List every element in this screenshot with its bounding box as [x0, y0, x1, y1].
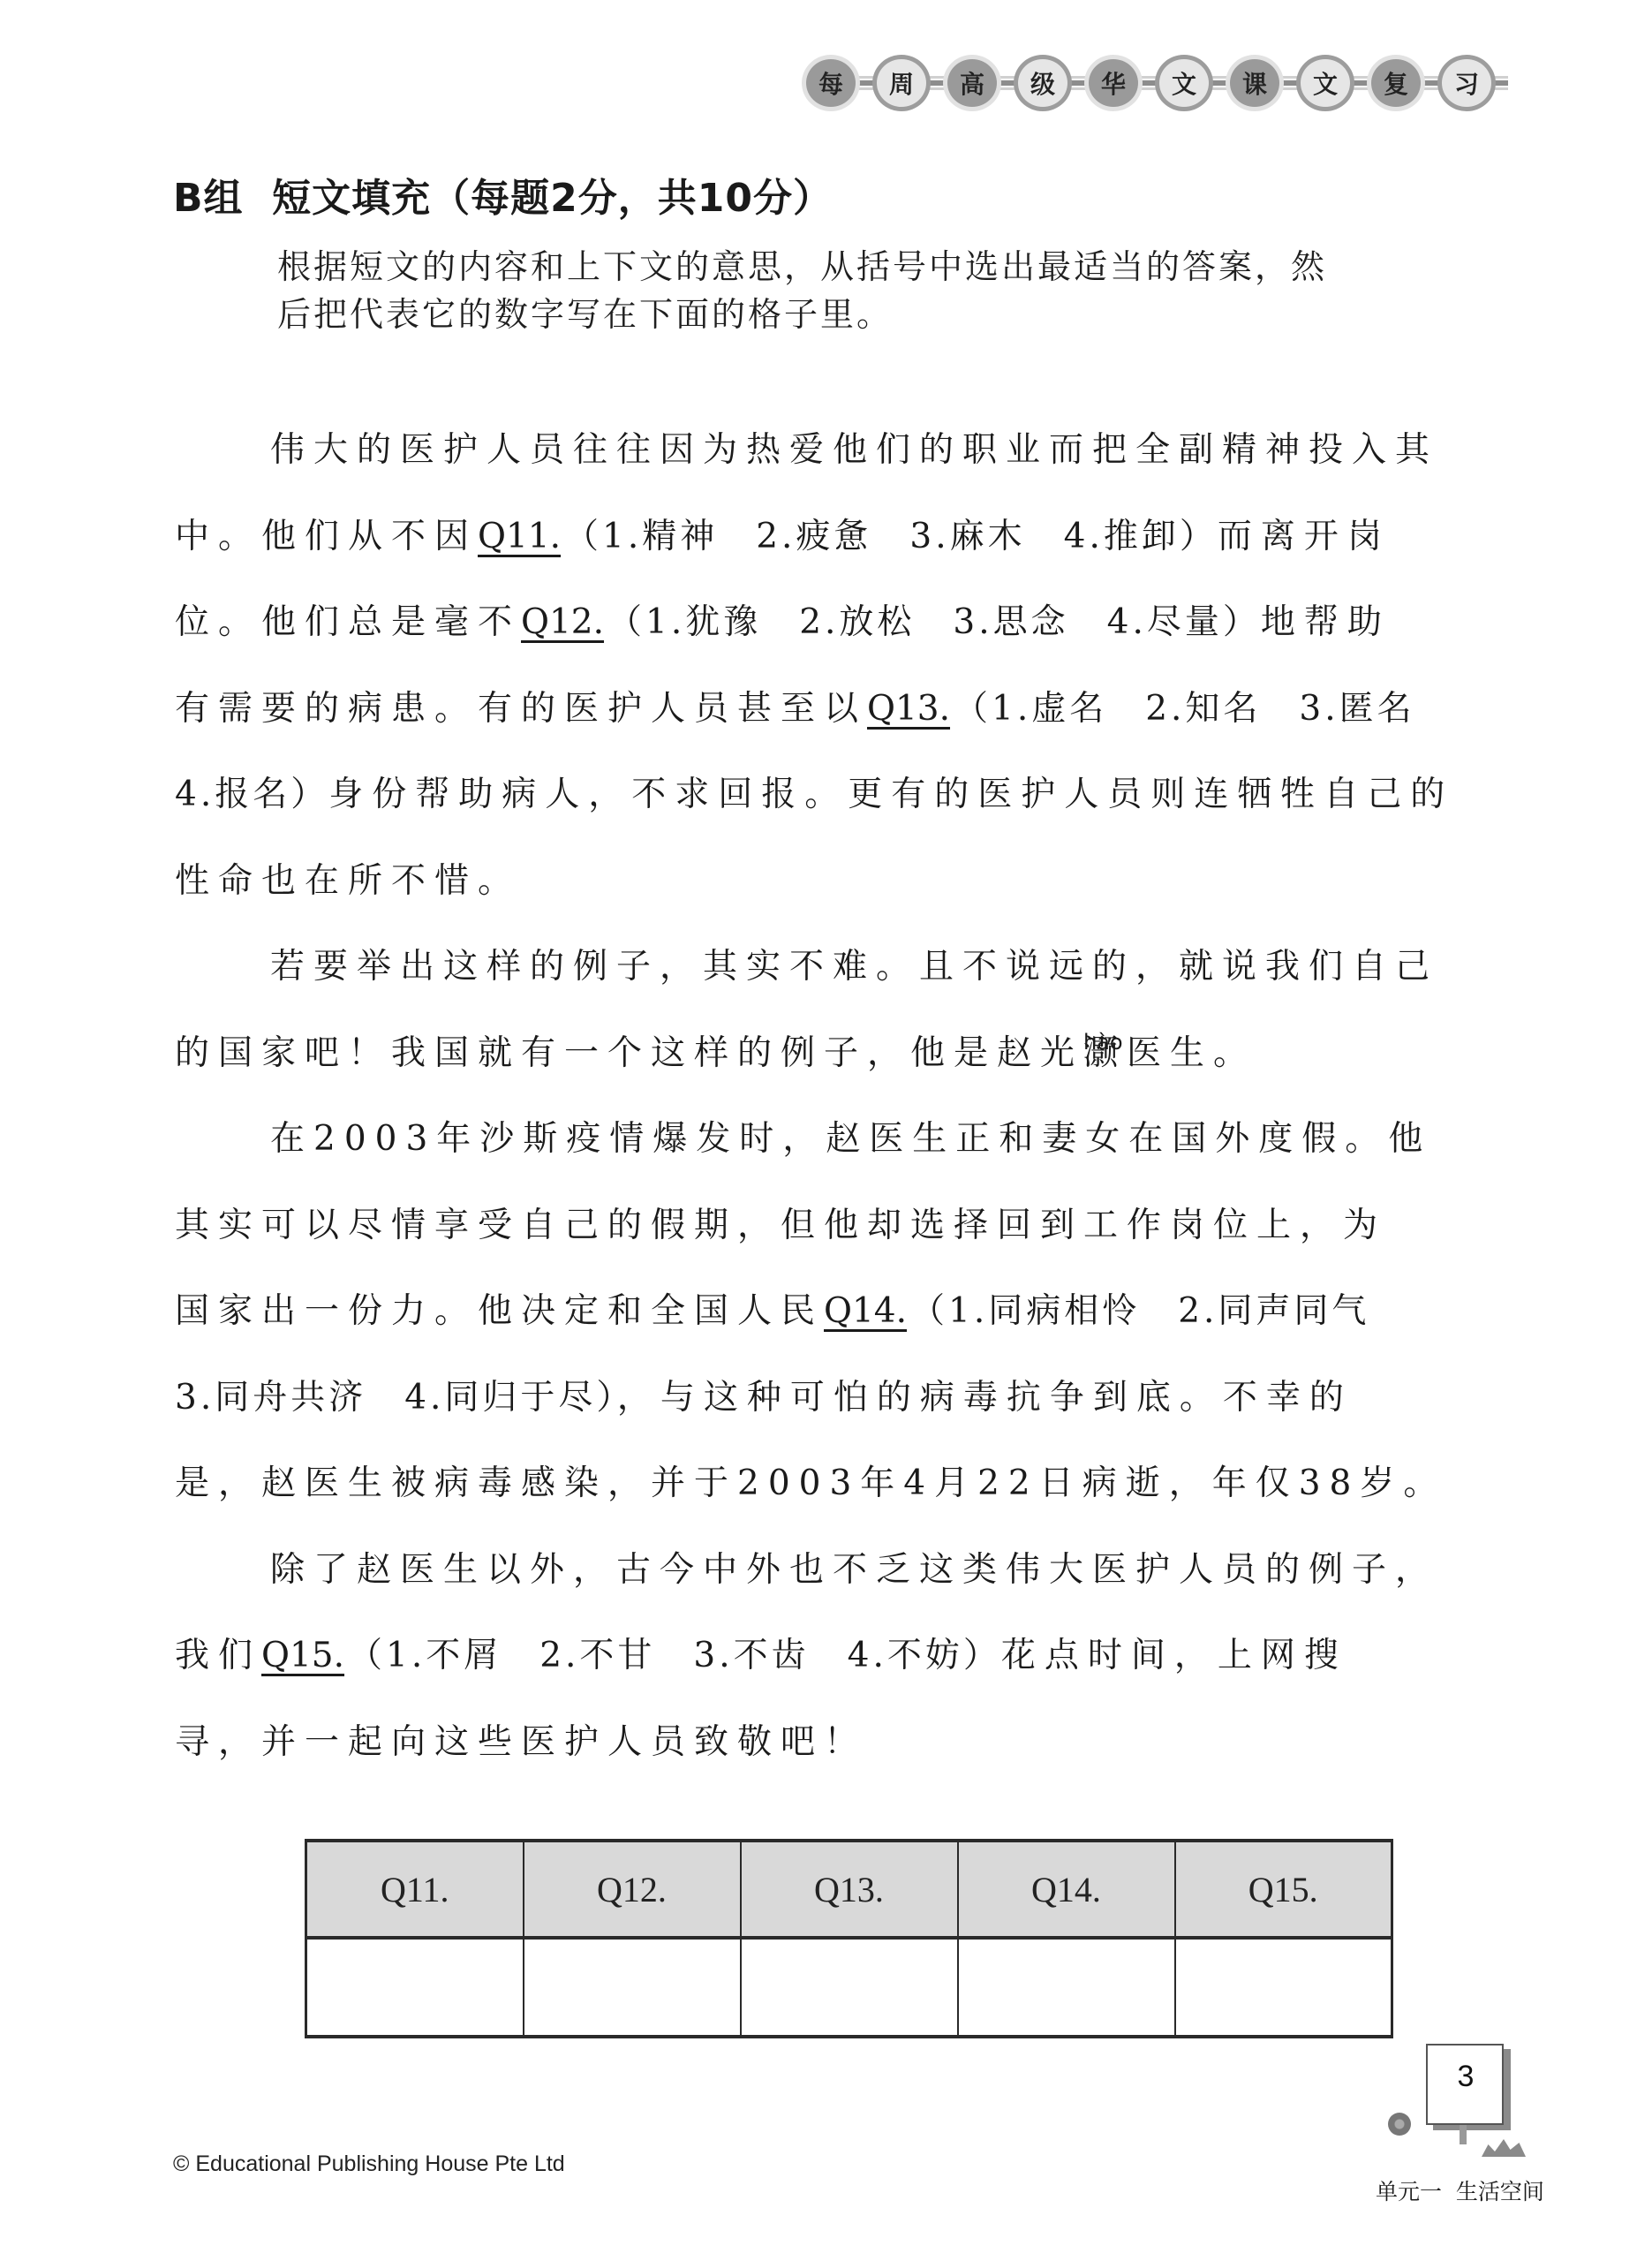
- passage-text: 在2003年沙斯疫情爆发时，赵医生正和妻女在国外度假。他: [270, 1119, 1431, 1159]
- instructions: 根据短文的内容和上下文的意思，从括号中选出最适当的答案，然 后把代表它的数字写在…: [277, 243, 1531, 338]
- passage-line: 伟大的医护人员往往因为热爱他们的职业而把全副精神投入其: [175, 419, 1526, 505]
- title-bead: 级: [1014, 55, 1072, 111]
- answer-grid-header-q13: Q13.: [741, 1841, 958, 1938]
- question-blank: Q15.: [261, 1636, 344, 1675]
- title-bead: 文: [1296, 55, 1354, 111]
- question-blank: Q13.: [867, 689, 950, 729]
- passage-text: 的国家吧！我国就有一个这样的例子，他是赵光: [175, 1033, 1083, 1073]
- answer-grid-header-q15: Q15.: [1175, 1841, 1392, 1938]
- title-bead: 周: [872, 55, 931, 111]
- title-bead: 高: [943, 55, 1001, 111]
- instructions-line: 根据短文的内容和上下文的意思，从括号中选出最适当的答案，然: [277, 243, 1531, 291]
- answer-grid-header-q12: Q12.: [524, 1841, 741, 1938]
- passage-line: 的国家吧！我国就有一个这样的例子，他是赵光hào灏医生。: [175, 1022, 1526, 1108]
- passage-text: 伟大的医护人员往往因为热爱他们的职业而把全副精神投入其: [270, 430, 1438, 470]
- title-bead: 文: [1155, 55, 1213, 111]
- passage-text: 身份帮助病人，不求回报。更有的医护人员则连牺牲自己的: [328, 775, 1453, 814]
- answer-options: （1.不屑 2.不甘 3.不齿 4.不妨）: [348, 1636, 1001, 1675]
- passage-text: 性命也在所不惜。: [175, 861, 521, 901]
- passage-text: 其实可以尽情享受自己的假期，但他却选择回到工作岗位上，为: [175, 1206, 1386, 1245]
- passage-text: 地帮助: [1261, 602, 1391, 642]
- answer-options: （1.犹豫 2.放松 3.思念 4.尽量）: [607, 602, 1261, 642]
- passage-line: 位。他们总是毫不Q12.（1.犹豫 2.放松 3.思念 4.尽量）地帮助: [175, 591, 1526, 677]
- passage-text: 中。他们从不因: [175, 517, 478, 556]
- title-bead: 华: [1084, 55, 1143, 111]
- title-bead: 复: [1367, 55, 1425, 111]
- signpost-icon: [1460, 2125, 1467, 2144]
- passage-text: ，与这种可怕的病毒抗争到底。不幸的: [617, 1378, 1353, 1418]
- passage-line: 我们Q15.（1.不屑 2.不甘 3.不齿 4.不妨）花点时间，上网搜: [175, 1624, 1526, 1711]
- passage-text: 而离开岗: [1218, 517, 1391, 556]
- grass-icon: [1482, 2139, 1526, 2157]
- answer-cell-q15[interactable]: [1175, 1938, 1392, 2037]
- passage-text: 位。他们总是毫不: [175, 602, 521, 642]
- passage-line: 4.报名）身份帮助病人，不求回报。更有的医护人员则连牺牲自己的: [175, 763, 1526, 850]
- title-bead: 课: [1226, 55, 1284, 111]
- title-bead: 习: [1437, 55, 1496, 111]
- copyright-notice: © Educational Publishing House Pte Ltd: [173, 2151, 565, 2177]
- answer-cell-q13[interactable]: [741, 1938, 958, 2037]
- instructions-line: 后把代表它的数字写在下面的格子里。: [277, 291, 1531, 338]
- answer-grid-answer-row: [306, 1938, 1392, 2037]
- passage-line: 有需要的病患。有的医护人员甚至以Q13.（1.虚名 2.知名 3.匿名: [175, 677, 1526, 764]
- title-bead: 每: [802, 55, 860, 111]
- passage-text: 寻，并一起向这些医护人员致敬吧！: [175, 1722, 867, 1762]
- page-number-signboard: 3: [1417, 2044, 1514, 2132]
- passage-line: 寻，并一起向这些医护人员致敬吧！: [175, 1711, 1526, 1797]
- answer-cell-q11[interactable]: [306, 1938, 524, 2037]
- answer-grid-header-q14: Q14.: [958, 1841, 1175, 1938]
- passage-line: 国家出一份力。他决定和全国人民Q14.（1.同病相怜 2.同声同气: [175, 1280, 1526, 1366]
- answer-options: 3.同舟共济 4.同归于尽）: [175, 1378, 617, 1418]
- answer-grid-header-q11: Q11.: [306, 1841, 524, 1938]
- bead-row: 每周高级华文课文复习: [802, 55, 1496, 111]
- section-title: B组 短文填充（每题2分，共10分）: [173, 166, 833, 223]
- passage-line: 性命也在所不惜。: [175, 850, 1526, 936]
- passage-line: 若要举出这样的例子，其实不难。且不说远的，就说我们自己: [175, 935, 1526, 1022]
- passage-text: 若要举出这样的例子，其实不难。且不说远的，就说我们自己: [270, 947, 1438, 987]
- passage-text: 医生。: [1127, 1033, 1256, 1073]
- annotated-character: hào灏: [1083, 1033, 1127, 1073]
- answer-cell-q12[interactable]: [524, 1938, 741, 2037]
- answer-grid-header-row: Q11. Q12. Q13. Q14. Q15.: [306, 1841, 1392, 1938]
- question-blank: Q11.: [478, 517, 561, 556]
- pinyin-annotation: hào: [1083, 1010, 1123, 1074]
- passage-text: 是，赵医生被病毒感染，并于2003年4月22日病逝，年仅38岁。: [175, 1463, 1446, 1503]
- passage-line: 3.同舟共济 4.同归于尽），与这种可怕的病毒抗争到底。不幸的: [175, 1366, 1526, 1453]
- passage-line: 除了赵医生以外，古今中外也不乏这类伟大医护人员的例子，: [175, 1539, 1526, 1625]
- passage-text: 除了赵医生以外，古今中外也不乏这类伟大医护人员的例子，: [270, 1550, 1438, 1590]
- unit-label: 单元一 生活空间: [1376, 2174, 1544, 2206]
- question-blank: Q14.: [824, 1291, 907, 1331]
- passage-text: 有需要的病患。有的医护人员甚至以: [175, 689, 867, 729]
- flower-icon: [1388, 2113, 1411, 2136]
- page-number: 3: [1417, 2060, 1514, 2094]
- passage-text: 我们: [175, 1636, 261, 1675]
- passage-text: 国家出一份力。他决定和全国人民: [175, 1291, 824, 1331]
- series-title-beads: 每周高级华文课文复习: [802, 55, 1526, 111]
- passage-line: 其实可以尽情享受自己的假期，但他却选择回到工作岗位上，为: [175, 1194, 1526, 1281]
- answer-cell-q14[interactable]: [958, 1938, 1175, 2037]
- answer-options: （1.同病相怜 2.同声同气: [910, 1291, 1369, 1331]
- answer-grid: Q11. Q12. Q13. Q14. Q15.: [305, 1839, 1393, 2038]
- passage-line: 是，赵医生被病毒感染，并于2003年4月22日病逝，年仅38岁。: [175, 1452, 1526, 1539]
- answer-options: （1.虚名 2.知名 3.匿名: [954, 689, 1415, 729]
- passage-text: 花点时间，上网搜: [1001, 1636, 1347, 1675]
- cloze-passage: 伟大的医护人员往往因为热爱他们的职业而把全副精神投入其中。他们从不因Q11.（1…: [175, 419, 1526, 1796]
- answer-options: 4.报名）: [175, 775, 328, 814]
- question-blank: Q12.: [521, 602, 604, 642]
- answer-options: （1.精神 2.疲惫 3.麻木 4.推卸）: [564, 517, 1218, 556]
- passage-line: 在2003年沙斯疫情爆发时，赵医生正和妻女在国外度假。他: [175, 1108, 1526, 1194]
- passage-line: 中。他们从不因Q11.（1.精神 2.疲惫 3.麻木 4.推卸）而离开岗: [175, 505, 1526, 592]
